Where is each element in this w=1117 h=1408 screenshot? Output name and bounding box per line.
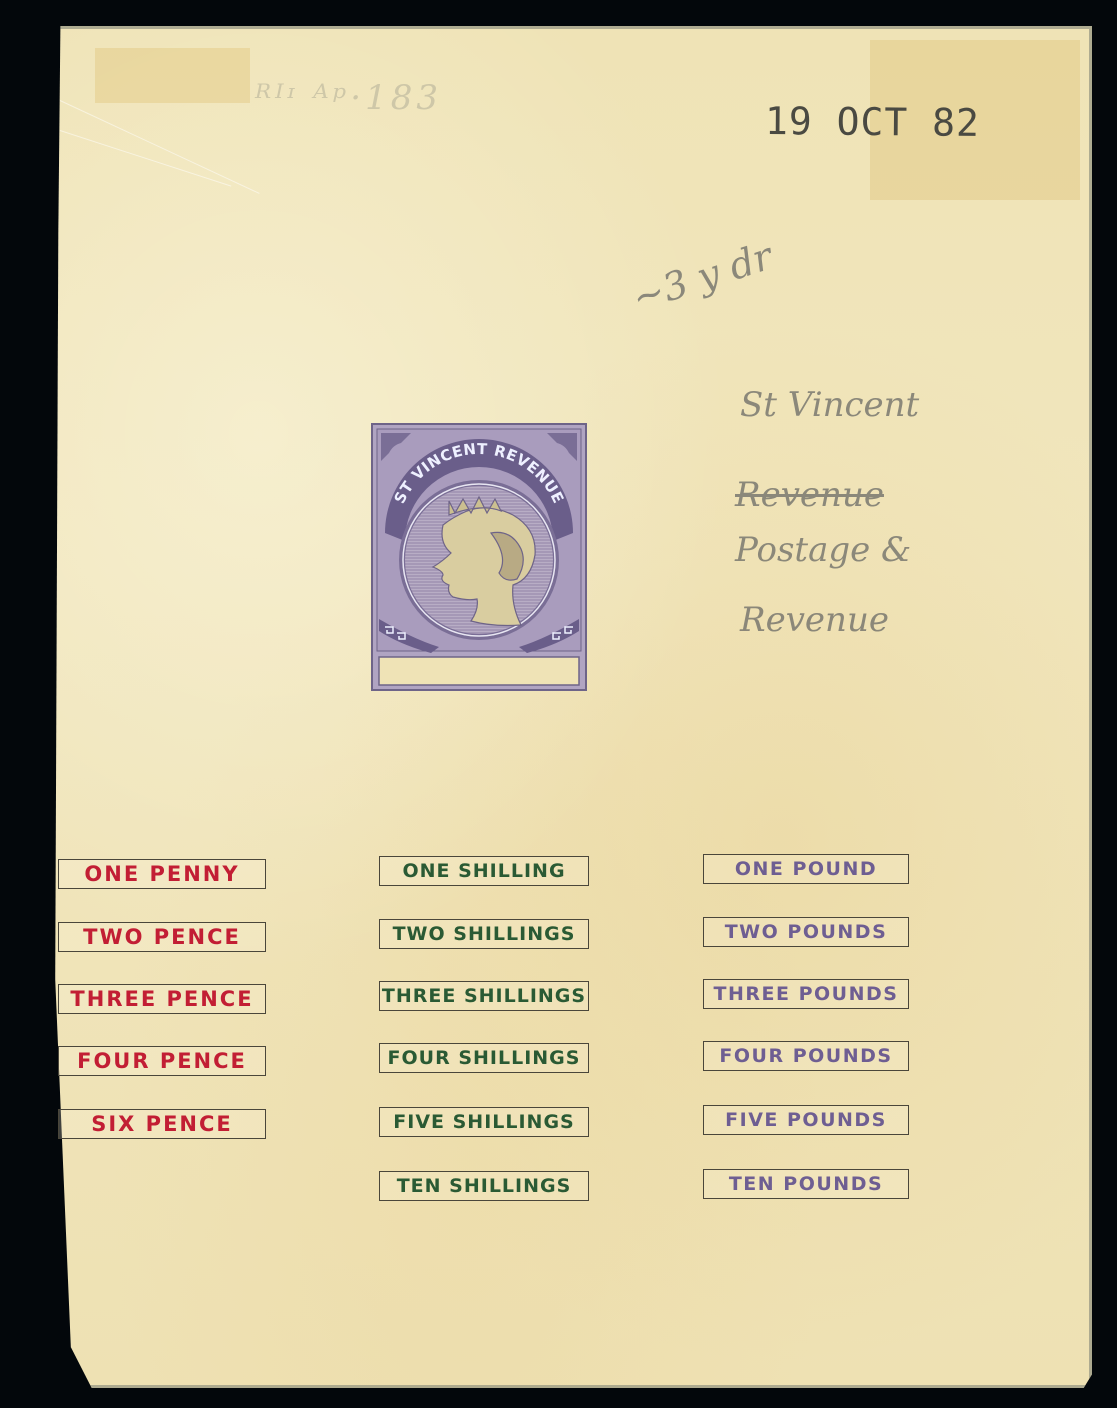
pencil-note-3-struck: Revenue (735, 475, 884, 515)
value-tablet-ten-pounds: TEN POUNDS (703, 1169, 909, 1199)
value-tablet-five-pounds: FIVE POUNDS (703, 1105, 909, 1135)
date-stamp: 19 OCT 82 (765, 99, 980, 145)
value-tablet-two-pence: TWO PENCE (58, 922, 266, 952)
value-tablet-four-shillings: FOUR SHILLINGS (379, 1043, 589, 1073)
value-tablet-ten-shillings: TEN SHILLINGS (379, 1171, 589, 1201)
value-tablet-one-pound: ONE POUND (703, 854, 909, 884)
value-tablet-two-shillings: TWO SHILLINGS (379, 919, 589, 949)
tape-strip-left (95, 48, 250, 103)
value-tablet-two-pounds: TWO POUNDS (703, 917, 909, 947)
pencil-note-5: Revenue (740, 600, 889, 640)
value-tablet-one-penny: ONE PENNY (58, 859, 266, 889)
pencil-note-2: St Vincent (740, 385, 919, 425)
value-tablet-three-pounds: THREE POUNDS (703, 979, 909, 1009)
stamp-design: ST VINCENT REVENUE (371, 423, 587, 691)
value-tablet-five-shillings: FIVE SHILLINGS (379, 1107, 589, 1137)
value-tablet-four-pence: FOUR PENCE (58, 1046, 266, 1076)
value-tablet-three-shillings: THREE SHILLINGS (379, 981, 589, 1011)
value-tablet-four-pounds: FOUR POUNDS (703, 1041, 909, 1071)
value-tablet-three-pence: THREE PENCE (58, 984, 266, 1014)
blank-value-tablet (379, 657, 579, 685)
value-tablet-one-shilling: ONE SHILLING (379, 856, 589, 886)
pencil-note-4: Postage & (735, 530, 911, 570)
faint-pencil-note: ᴿᴵᶦ ᴬᵖ·183 (255, 78, 442, 118)
value-tablet-six-pence: SIX PENCE (58, 1109, 266, 1139)
